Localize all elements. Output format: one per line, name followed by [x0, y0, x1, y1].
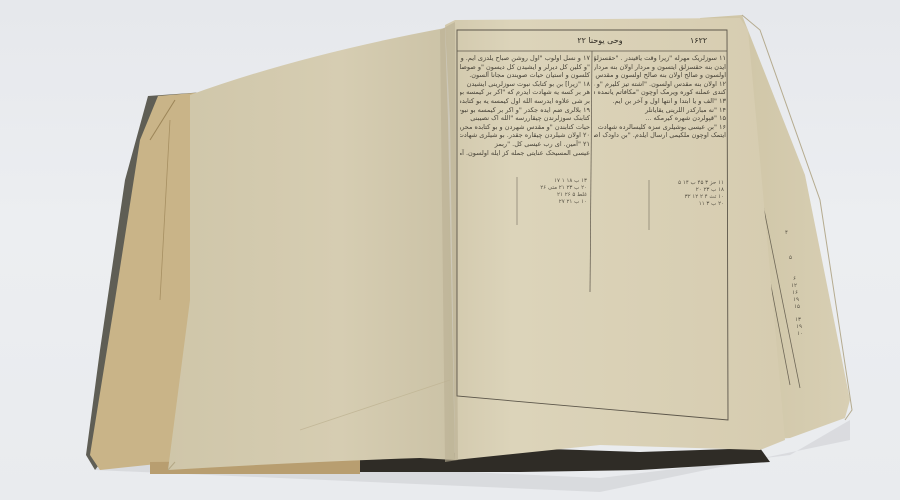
edge-number: ۱۵ [774, 304, 800, 311]
verse-line: ۱۷ و نسل اولوب "اول روشن صباح یلدزی ایم.… [460, 54, 590, 63]
verse-line: ۲۱ "آمین. ای رب عیسی کل. "ربمز [460, 140, 590, 149]
verse-line: کلسون و استیان حیات صویندن مجانا آلسون. [460, 71, 590, 80]
verse-line: ۱۶ "بن عیسی بوشیلری سزه کلیسالرده شهادت [594, 123, 726, 132]
verse-line: ۱۲ اولان بنه مقدس اولسون. "اشته تیز کلیر… [594, 80, 726, 89]
edge-number: ۱۹ [776, 324, 802, 331]
verse-line: "و کلین کل دیرلر و ایشیدن کل دیسون "و صو… [460, 63, 590, 72]
verse-line: ایتمک اوچون ملکیمی ارسال ایلدم. "بن داود… [594, 131, 726, 140]
verse-line: ۲۰ اولان شیلردن چیقاره جقدر. بو شیلری شه… [460, 131, 590, 140]
verse-line: کتابنک سوزلرندن چیقاررسه "الله اک نصیبنی [460, 114, 590, 123]
verse-line: ایدن بنه حقسزلق ایتسون و مردار اولان بنه… [594, 63, 726, 72]
verse-line: کندی عملنه کوره ویرمک اوچون "مکافاتم یان… [594, 88, 726, 97]
reference-line: ۱۱ حز ۳ ۴۵ ب ۱۴ ۵ [596, 180, 724, 187]
verse-line: اولسون و صالح اولان بنه صالح اولسون و مق… [594, 71, 726, 80]
edge-number: ۱۳ [775, 317, 801, 324]
verse-line: ۱۹ بلالری ضم ایده جکدر "و اکر بر کیمسه ب… [460, 106, 590, 115]
reference-line: ۲۰ ب ۲۳ ۲۱ متی ۲۶ [462, 185, 587, 192]
reference-line: غلط ۵ ۲۶ ۲۱ [462, 192, 587, 199]
reference-line: ۱۳ ب ۱۸ ۱ ۱۷ [462, 178, 587, 185]
verse-line: بر شی علاوه ایدرسه الله اول کیمسه یه بو … [460, 97, 590, 106]
back-page-edge-text: ۴ ۵ ۶ ۱۲ ۱۶ ۱۹ ۱۵ ۱۳ ۱۹ ۱۰ [762, 230, 792, 338]
text-column-right: ۱۱ سوزلریک مهرله "زیرا وقت یاقیندر . "حق… [594, 54, 726, 140]
edge-number: ۴ [762, 230, 788, 237]
running-header: وحی یوحنا ۲۲ [560, 36, 640, 45]
reference-line: ۱۸ ب ۲۳ ۲۰ [596, 187, 724, 194]
edge-number: ۱۶ [772, 290, 798, 297]
verse-line: هر بر کسه یه شهادت ایدرم که "اکر بر کیمس… [460, 88, 590, 97]
edge-number: ۶ [770, 276, 796, 283]
verse-line: ۱۵ "قپولردن شهره کیرمکه ... [594, 114, 726, 123]
verse-line: ۱۱ سوزلریک مهرله "زیرا وقت یاقیندر . "حق… [594, 54, 726, 63]
page-number: ۱۶۲۲ [690, 36, 724, 45]
verse-line: ۱۳ "الف و یا ابتدا و انتها اول و آخر بن … [594, 97, 726, 106]
text-column-left: ۱۷ و نسل اولوب "اول روشن صباح یلدزی ایم.… [460, 54, 590, 157]
cross-references-right: ۱۱ حز ۳ ۴۵ ب ۱۴ ۵ ۱۸ ب ۲۳ ۲۰ ۱۰ تث ۴ ۲ ۱… [596, 180, 724, 208]
edge-number: ۵ [766, 255, 792, 262]
verse-line: ۱۸ "زیرا] بن بو کتابک نبوت سوزلرینی ایشی… [460, 80, 590, 89]
cross-references-left: ۱۳ ب ۱۸ ۱ ۱۷ ۲۰ ب ۲۳ ۲۱ متی ۲۶ غلط ۵ ۲۶ … [462, 178, 587, 206]
edge-number: ۱۰ [777, 331, 803, 338]
edge-number: ۱۲ [771, 283, 797, 290]
reference-line: ۱۰ ب ۲۱ ۲۷ [462, 199, 587, 206]
verse-line: ۱۴ "نه مبارکدر اللرینی یقایانلر [594, 106, 726, 115]
edge-number: ۱۹ [773, 297, 799, 304]
photo-scene: وحی یوحنا ۲۲ ۱۶۲۲ ۱۱ سوزلریک مهرله "زیرا… [0, 0, 900, 500]
reference-line: ۲۰ ب ۳ ۱۱ [596, 201, 724, 208]
reference-line: ۱۰ تث ۴ ۲ ۱۲ ۳۲ [596, 194, 724, 201]
verse-line: حیات کتابندن "و مقدس شهردن و بو کتابده م… [460, 123, 590, 132]
verse-line: عیسی المسیحک عنایتی جمله کز ایله اولسون.… [460, 149, 590, 158]
